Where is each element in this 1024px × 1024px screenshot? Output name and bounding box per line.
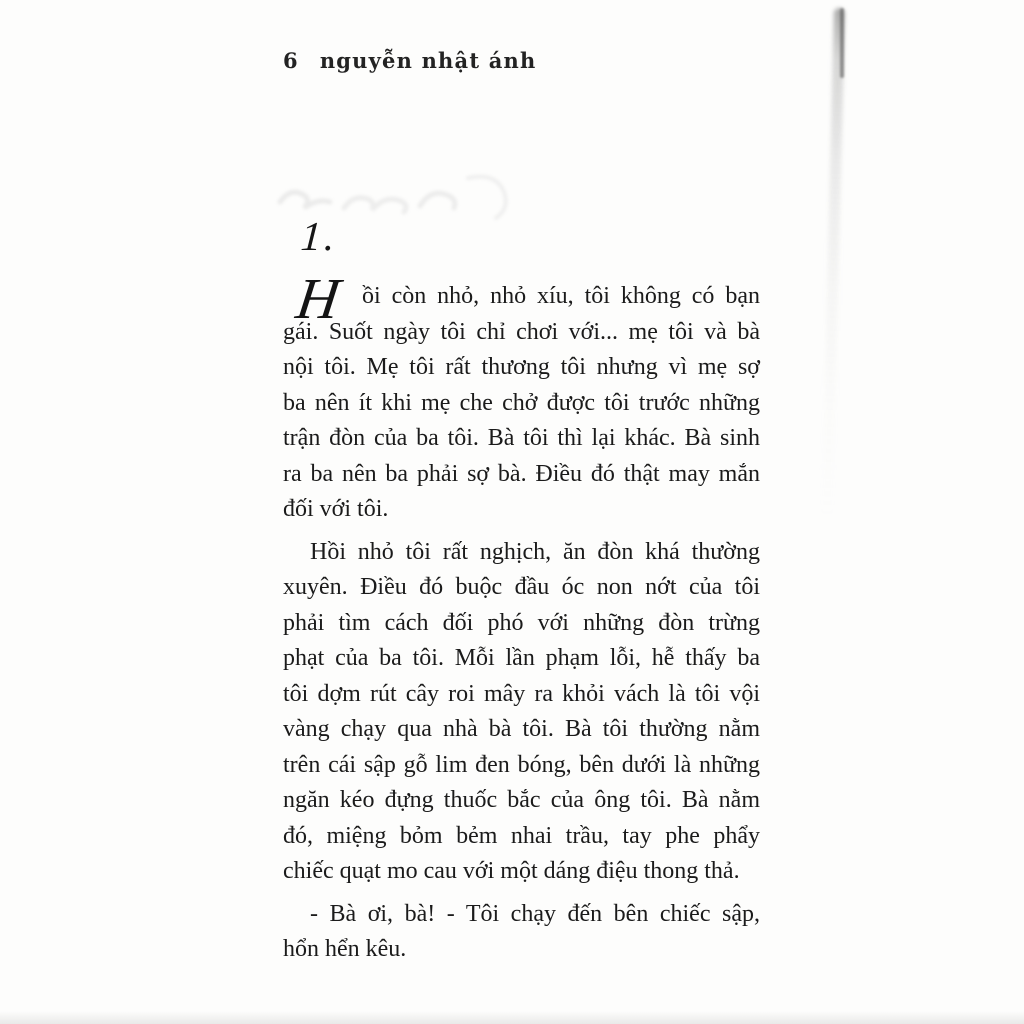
paragraph: - Bà ơi, bà! - Tôi chạy đến bên chiếc sậ… [283, 897, 760, 968]
body-line: Hồi còn nhỏ, nhỏ xíu, tôi không có bạn [283, 279, 760, 315]
body-line: đối với tôi. [283, 492, 760, 528]
body-line: ra ba nên ba phải sợ bà. Điều đó thật ma… [283, 457, 760, 493]
body-line: đó, miệng bỏm bẻm nhai trầu, tay phe phẩ… [283, 819, 760, 855]
running-header: 6nguyễn nhật ánh [283, 48, 536, 73]
body-line: trận đòn của ba tôi. Bà tôi thì lại khác… [283, 421, 760, 457]
body-line: Hồi nhỏ tôi rất nghịch, ăn đòn khá thườn… [283, 535, 760, 571]
drop-cap: H [293, 270, 343, 328]
body-line: nội tôi. Mẹ tôi rất thương tôi nhưng vì … [283, 350, 760, 386]
body-line: phải tìm cách đối phó với những đòn trừn… [283, 606, 760, 642]
body-line: ngăn kéo đựng thuốc bắc của ông tôi. Bà … [283, 783, 760, 819]
scan-crease-shadow-tip [840, 8, 844, 78]
body-line: trên cái sập gỗ lim đen bóng, bên dưới l… [283, 748, 760, 784]
body-line: tôi dợm rút cây roi mây ra khỏi vách là … [283, 677, 760, 713]
body-line: phạt của ba tôi. Mỗi lần phạm lỗi, hễ th… [283, 641, 760, 677]
paragraph: Hồi còn nhỏ, nhỏ xíu, tôi không có bạngá… [283, 279, 760, 528]
body-line: xuyên. Điều đó buộc đầu óc non nớt của t… [283, 570, 760, 606]
paragraph: Hồi nhỏ tôi rất nghịch, ăn đòn khá thườn… [283, 535, 760, 890]
page-number: 6 [283, 48, 299, 73]
body-line: chiếc quạt mo cau với một dáng điệu thon… [283, 854, 760, 890]
chapter-number: 1. [299, 212, 339, 260]
body-line: gái. Suốt ngày tôi chỉ chơi với... mẹ tô… [283, 315, 760, 351]
body-line: vàng chạy qua nhà bà tôi. Bà tôi thường … [283, 712, 760, 748]
running-title: nguyễn nhật ánh [320, 48, 537, 73]
scan-crease-shadow [822, 8, 845, 518]
body-line: ba nên ít khi mẹ che chở được tôi trước … [283, 386, 760, 422]
body-text: Hồi còn nhỏ, nhỏ xíu, tôi không có bạngá… [283, 279, 760, 968]
book-page-scan: 6nguyễn nhật ánh 1. Hồi còn nhỏ, nhỏ xíu… [0, 0, 1024, 1024]
body-line: hổn hển kêu. [283, 932, 760, 968]
page-bottom-shadow [0, 1011, 1024, 1024]
body-line-text: ồi còn nhỏ, nhỏ xíu, tôi không có bạn [362, 283, 760, 309]
body-line: - Bà ơi, bà! - Tôi chạy đến bên chiếc sậ… [283, 897, 760, 933]
